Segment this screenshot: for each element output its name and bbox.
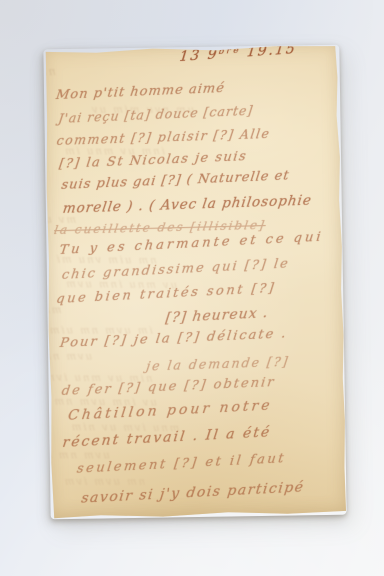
handwriting-line: comment [?] plaisir [?] Alle: [56, 126, 272, 148]
bleed-through-scrawl: uvm nim uv mnu: [0, 351, 93, 362]
handwriting-line: morelle ) . ( Avec la philosophie: [62, 193, 313, 217]
photo-backdrop: 13 9ᵇʳᵉ 19.15nm im umu inm uv mniMon p't…: [0, 0, 384, 576]
bleed-through-scrawl: nm uvm ivm: [62, 477, 146, 488]
handwriting-line: J'ai reçu [ta] douce [carte]: [57, 103, 254, 126]
handwriting-line: je la demande [?]: [145, 354, 290, 374]
handwriting-line: Mon p'tit homme aimé: [55, 81, 226, 103]
letter-paper: 13 9ᵇʳᵉ 19.15nm im umu inm uv mniMon p't…: [43, 45, 346, 520]
bleed-through-scrawl: uvm nm inm uv: [5, 450, 111, 461]
bleed-through-scrawl: mnu im uvm nim uv: [0, 305, 62, 316]
handwriting-line: suis plus gai [?] ( Naturelle et: [60, 168, 290, 193]
handwriting-line: [?] heureux .: [165, 305, 270, 326]
bleed-through-scrawl: nm im umu inm uv mni: [0, 65, 57, 78]
